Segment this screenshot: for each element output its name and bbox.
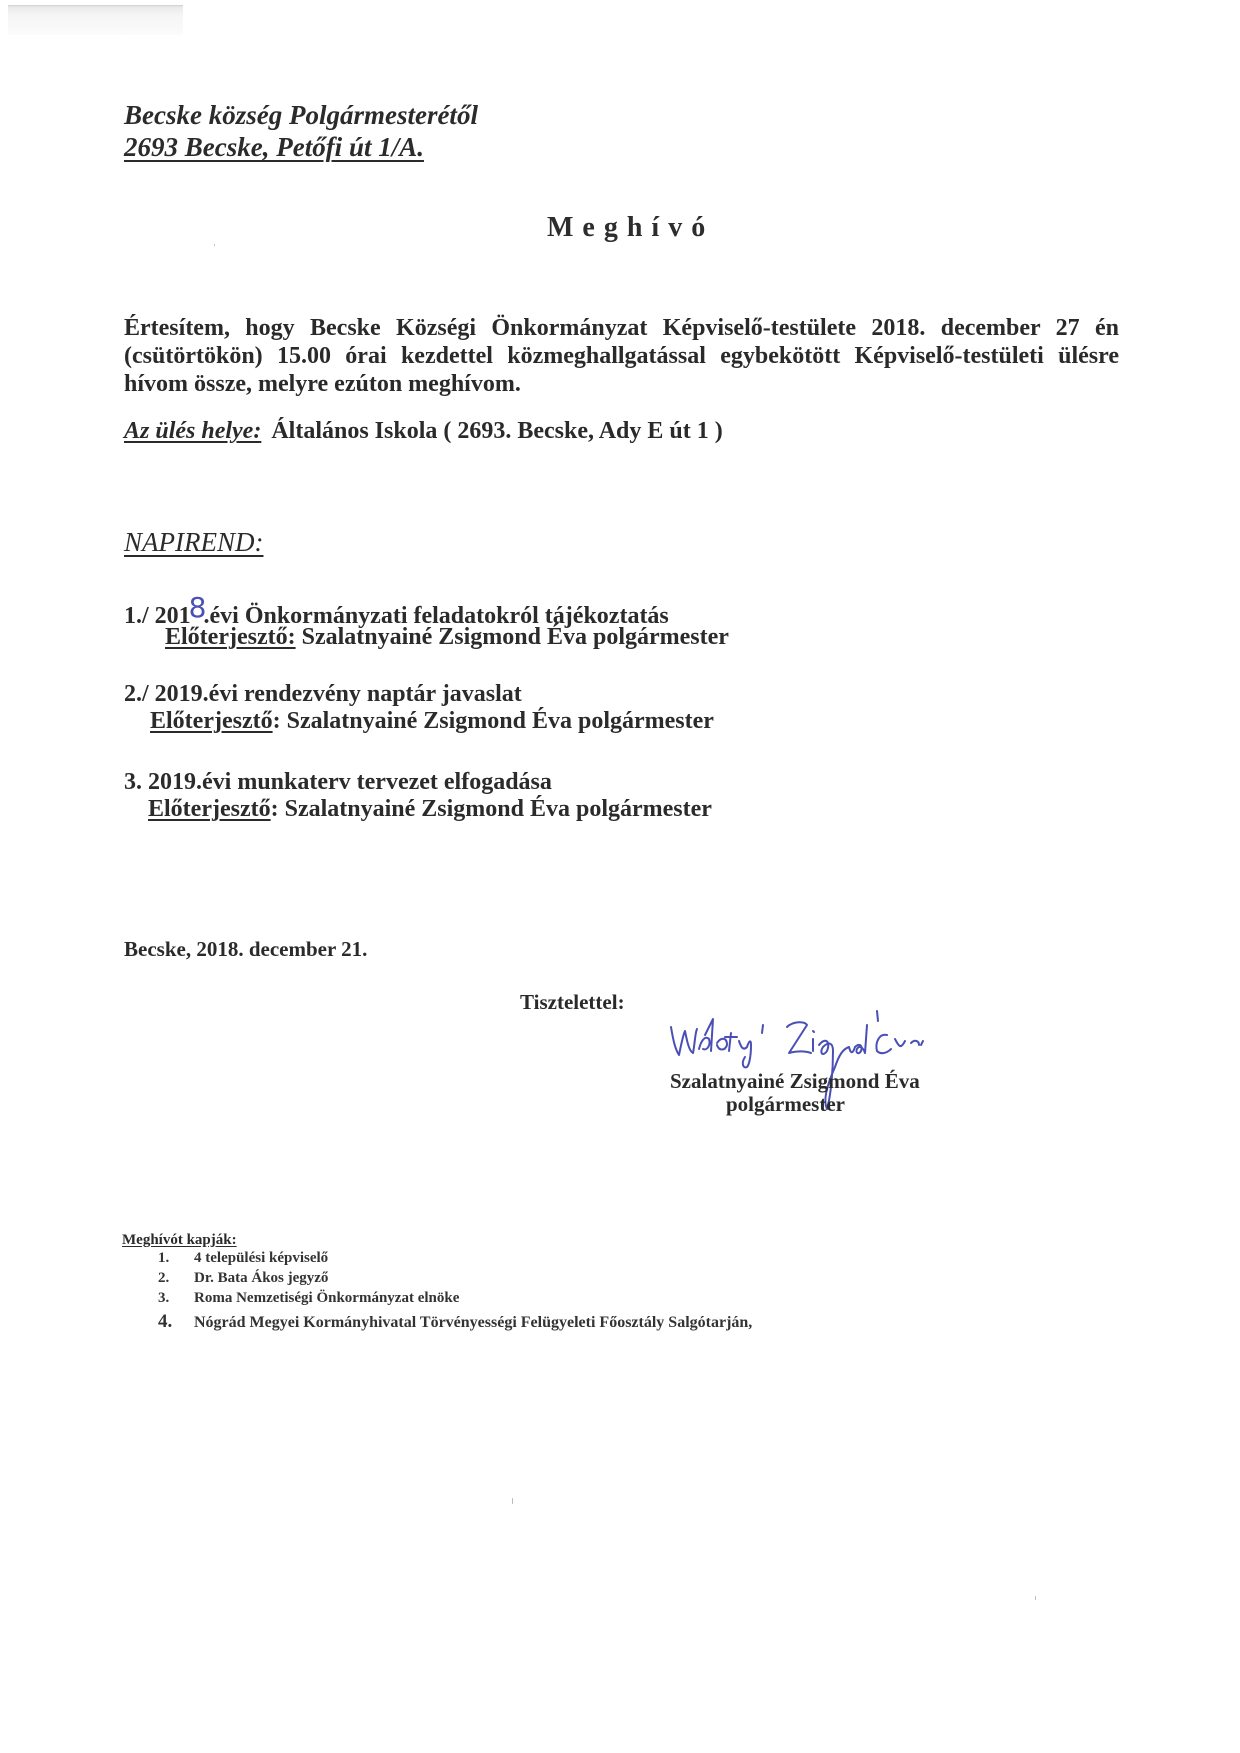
- scan-speck: [1035, 1596, 1036, 1600]
- scan-speck: [512, 1498, 513, 1504]
- intro-line-3: hívom össze, melyre ezúton meghívom.: [124, 371, 521, 398]
- presenter-label: Előterjesztő: [148, 796, 271, 822]
- agenda-item-number: 3.: [124, 769, 142, 795]
- recipient-item: 3.Roma Nemzetiségi Önkormányzat elnöke: [158, 1290, 459, 1307]
- scan-speck: [214, 244, 215, 246]
- venue-line: Az ülés helye:Általános Iskola ( 2693. B…: [124, 418, 723, 445]
- agenda-heading: NAPIREND:: [124, 527, 263, 558]
- recipient-number: 1.: [158, 1250, 194, 1267]
- signer-title: polgármester: [726, 1092, 845, 1117]
- agenda-item-3-presenter: Előterjesztő: Szalatnyainé Zsigmond Éva …: [148, 796, 712, 823]
- agenda-item-title: 2019.évi munkaterv tervezet elfogadása: [148, 769, 552, 795]
- presenter-name: : Szalatnyainé Zsigmond Éva polgármester: [271, 796, 712, 822]
- venue-label: Az ülés helye:: [124, 418, 261, 444]
- sender-name: Becske község Polgármesterétől: [124, 100, 478, 131]
- recipient-item: 4.Nógrád Megyei Kormányhivatal Törvényes…: [158, 1311, 752, 1333]
- agenda-item-number: 1./: [124, 603, 149, 629]
- agenda-item-1-presenter: Előterjesztő: Szalatnyainé Zsigmond Éva …: [165, 624, 729, 651]
- document-title: Meghívó: [547, 212, 714, 244]
- recipients-heading: Meghívót kapják:: [122, 1232, 237, 1249]
- scan-edge-artifact: [8, 5, 183, 35]
- recipient-number: 2.: [158, 1270, 194, 1287]
- recipient-item: 1.4 települési képviselő: [158, 1250, 328, 1267]
- handwritten-correction: 8: [189, 591, 207, 624]
- sender-address: 2693 Becske, Petőfi út 1/A.: [124, 132, 424, 163]
- closing-salutation: Tisztelettel:: [520, 990, 625, 1015]
- presenter-name: : Szalatnyainé Zsigmond Éva polgármester: [273, 708, 714, 734]
- intro-line-1: Értesítem, hogy Becske Községi Önkormány…: [124, 315, 1119, 342]
- agenda-item-2-title: 2./ 2019.évi rendezvény naptár javaslat: [124, 681, 522, 708]
- date-line: Becske, 2018. december 21.: [124, 937, 367, 962]
- recipient-text: Dr. Bata Ákos jegyző: [194, 1270, 328, 1286]
- intro-line-2: (csütörtökön) 15.00 órai kezdettel közme…: [124, 343, 1119, 370]
- agenda-item-number: 2./: [124, 681, 149, 707]
- recipient-number: 4.: [158, 1311, 194, 1333]
- presenter-label: Előterjesztő: [150, 708, 273, 734]
- recipient-text: Nógrád Megyei Kormányhivatal Törvényessé…: [194, 1314, 752, 1331]
- presenter-label: Előterjesztő:: [165, 624, 296, 650]
- recipient-text: 4 települési képviselő: [194, 1250, 328, 1266]
- agenda-item-title: 2019.évi rendezvény naptár javaslat: [155, 681, 522, 707]
- agenda-item-3-title: 3. 2019.évi munkaterv tervezet elfogadás…: [124, 769, 552, 796]
- venue-value: Általános Iskola ( 2693. Becske, Ady E ú…: [271, 418, 722, 444]
- recipient-item: 2.Dr. Bata Ákos jegyző: [158, 1270, 328, 1287]
- recipient-number: 3.: [158, 1290, 194, 1307]
- signer-name: Szalatnyainé Zsigmond Éva: [670, 1069, 920, 1094]
- agenda-item-2-presenter: Előterjesztő: Szalatnyainé Zsigmond Éva …: [150, 708, 714, 735]
- presenter-name: Szalatnyainé Zsigmond Éva polgármester: [302, 624, 729, 650]
- recipient-text: Roma Nemzetiségi Önkormányzat elnöke: [194, 1290, 459, 1306]
